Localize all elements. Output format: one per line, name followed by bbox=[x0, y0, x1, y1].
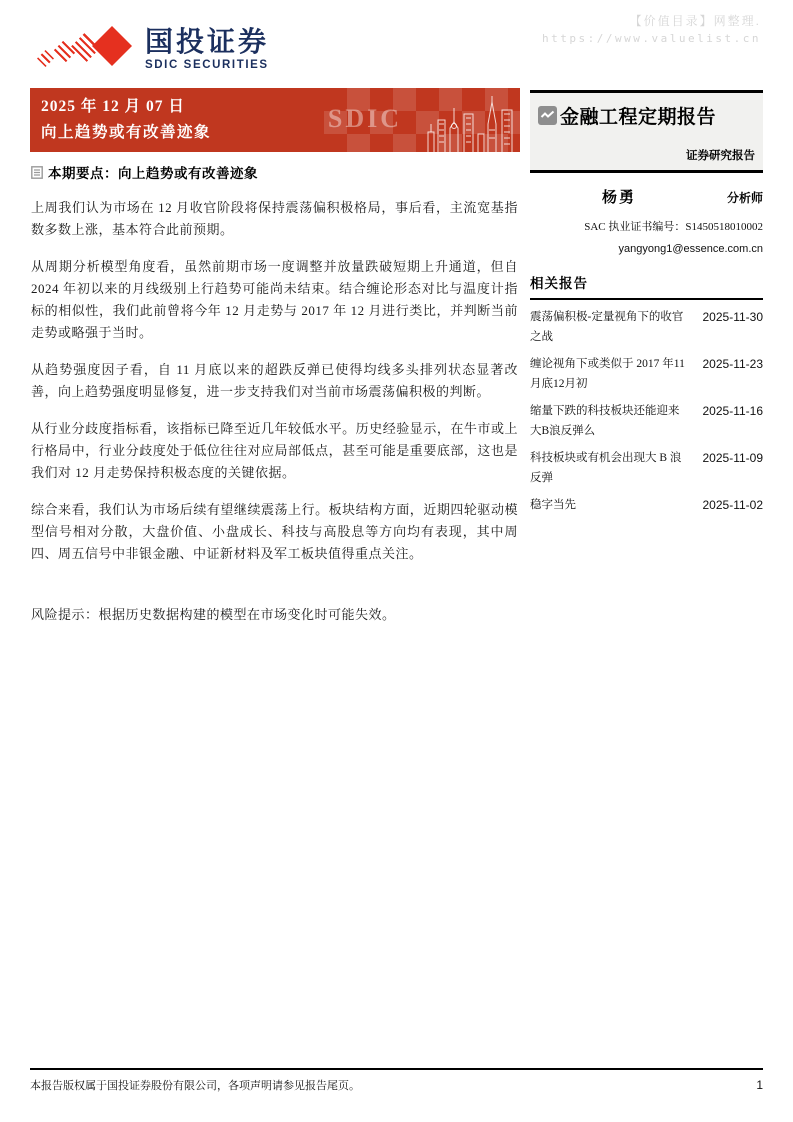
report-page: 国投证券 SDIC SECURITIES 【价值目录】网整理. https://… bbox=[0, 0, 793, 1122]
analyst-email: yangyong1@essence.com.cn bbox=[530, 243, 763, 255]
analyst-role: 分析师 bbox=[727, 189, 763, 206]
related-report-date: 2025-11-02 bbox=[703, 495, 764, 515]
body-paragraph: 从周期分析模型角度看，虽然前期市场一度调整并放量跌破短期上升通道，但自 2024… bbox=[31, 256, 518, 344]
city-skyline-icon bbox=[422, 94, 518, 152]
page-footer: 本报告版权属于国投证券股份有限公司，各项声明请参见报告尾页。 1 bbox=[30, 1068, 763, 1093]
related-reports-list: 震荡偏积极-定量视角下的收官之战 2025-11-30 缠论视角下或类似于 20… bbox=[530, 307, 763, 515]
related-report-title: 稳字当先 bbox=[530, 495, 686, 515]
company-logo: 国投证券 SDIC SECURITIES bbox=[37, 24, 269, 76]
related-report-item: 缩量下跌的科技板块还能迎来大B浪反弹么 2025-11-16 bbox=[530, 401, 763, 441]
watermark-url: https://www.valuelist.cn bbox=[542, 32, 761, 45]
company-name: 国投证券 SDIC SECURITIES bbox=[145, 28, 269, 72]
document-lines-icon bbox=[31, 166, 43, 179]
title-banner: SDIC 2025 年 12 月 07 日 向上趋势或有改善迹象 bbox=[30, 88, 520, 152]
copyright-notice: 本报告版权属于国投证券股份有限公司，各项声明请参见报告尾页。 bbox=[30, 1077, 360, 1093]
related-report-item: 缠论视角下或类似于 2017 年11月底12月初 2025-11-23 bbox=[530, 354, 763, 394]
related-report-title: 缠论视角下或类似于 2017 年11月底12月初 bbox=[530, 354, 686, 394]
company-name-cn: 国投证券 bbox=[145, 28, 269, 56]
watermark-source: 【价值目录】网整理. bbox=[542, 12, 761, 29]
banner-text: 2025 年 12 月 07 日 向上趋势或有改善迹象 bbox=[41, 94, 211, 146]
right-sidebar: 金融工程定期报告 证券研究报告 杨勇 分析师 SAC 执业证书编号：S14505… bbox=[530, 90, 763, 515]
body-paragraph: 从趋势强度因子看，自 11 月底以来的超跌反弹已使得均线多头排列状态显著改善，向… bbox=[31, 359, 518, 403]
related-report-date: 2025-11-23 bbox=[703, 354, 764, 394]
related-report-item: 稳字当先 2025-11-02 bbox=[530, 495, 763, 515]
page-number: 1 bbox=[756, 1078, 763, 1092]
body-paragraph: 上周我们认为市场在 12 月收官阶段将保持震荡偏积极格局，事后看，主流宽基指数多… bbox=[31, 197, 518, 241]
report-title: 向上趋势或有改善迹象 bbox=[41, 120, 211, 146]
sdic-diamond-logo-icon bbox=[37, 24, 133, 76]
related-report-item: 科技板块或有机会出现大 B 浪反弹 2025-11-09 bbox=[530, 448, 763, 488]
highlights-heading-row: 本期要点：向上趋势或有改善迹象 bbox=[31, 162, 518, 182]
related-report-date: 2025-11-16 bbox=[703, 401, 764, 441]
related-report-title: 科技板块或有机会出现大 B 浪反弹 bbox=[530, 448, 686, 488]
risk-notice: 风险提示：根据历史数据构建的模型在市场变化时可能失效。 bbox=[31, 604, 518, 626]
related-report-title: 震荡偏积极-定量视角下的收官之战 bbox=[530, 307, 686, 347]
related-report-item: 震荡偏积极-定量视角下的收官之战 2025-11-30 bbox=[530, 307, 763, 347]
site-watermark: 【价值目录】网整理. https://www.valuelist.cn bbox=[542, 12, 761, 45]
related-reports-section: 相关报告 震荡偏积极-定量视角下的收官之战 2025-11-30 缠论视角下或类… bbox=[530, 272, 763, 515]
related-report-date: 2025-11-09 bbox=[703, 448, 764, 488]
related-report-title: 缩量下跌的科技板块还能迎来大B浪反弹么 bbox=[530, 401, 686, 441]
activity-chart-icon bbox=[538, 106, 557, 125]
report-type-label: 金融工程定期报告 bbox=[560, 102, 716, 129]
report-category-label: 证券研究报告 bbox=[686, 147, 755, 163]
report-type-title-row: 金融工程定期报告 bbox=[538, 102, 757, 129]
report-body: 本期要点：向上趋势或有改善迹象 上周我们认为市场在 12 月收官阶段将保持震荡偏… bbox=[31, 162, 518, 626]
report-type-box: 金融工程定期报告 证券研究报告 bbox=[530, 90, 763, 173]
analyst-name: 杨勇 bbox=[602, 186, 636, 207]
banner-sdic-watermark: SDIC bbox=[328, 104, 402, 134]
analyst-sac-number: SAC 执业证书编号：S1450518010002 bbox=[530, 218, 763, 234]
company-name-en: SDIC SECURITIES bbox=[145, 60, 269, 72]
related-report-date: 2025-11-30 bbox=[703, 307, 764, 347]
report-date: 2025 年 12 月 07 日 bbox=[41, 94, 211, 120]
analyst-row: 杨勇 分析师 bbox=[530, 186, 763, 207]
body-paragraph: 从行业分歧度指标看，该指标已降至近几年较低水平。历史经验显示，在牛市或上行格局中… bbox=[31, 418, 518, 484]
body-paragraph: 综合来看，我们认为市场后续有望继续震荡上行。板块结构方面，近期四轮驱动模型信号相… bbox=[31, 499, 518, 565]
highlights-heading: 本期要点：向上趋势或有改善迹象 bbox=[48, 162, 258, 182]
related-reports-heading: 相关报告 bbox=[530, 272, 763, 300]
logo-diamond-solid bbox=[92, 26, 132, 66]
